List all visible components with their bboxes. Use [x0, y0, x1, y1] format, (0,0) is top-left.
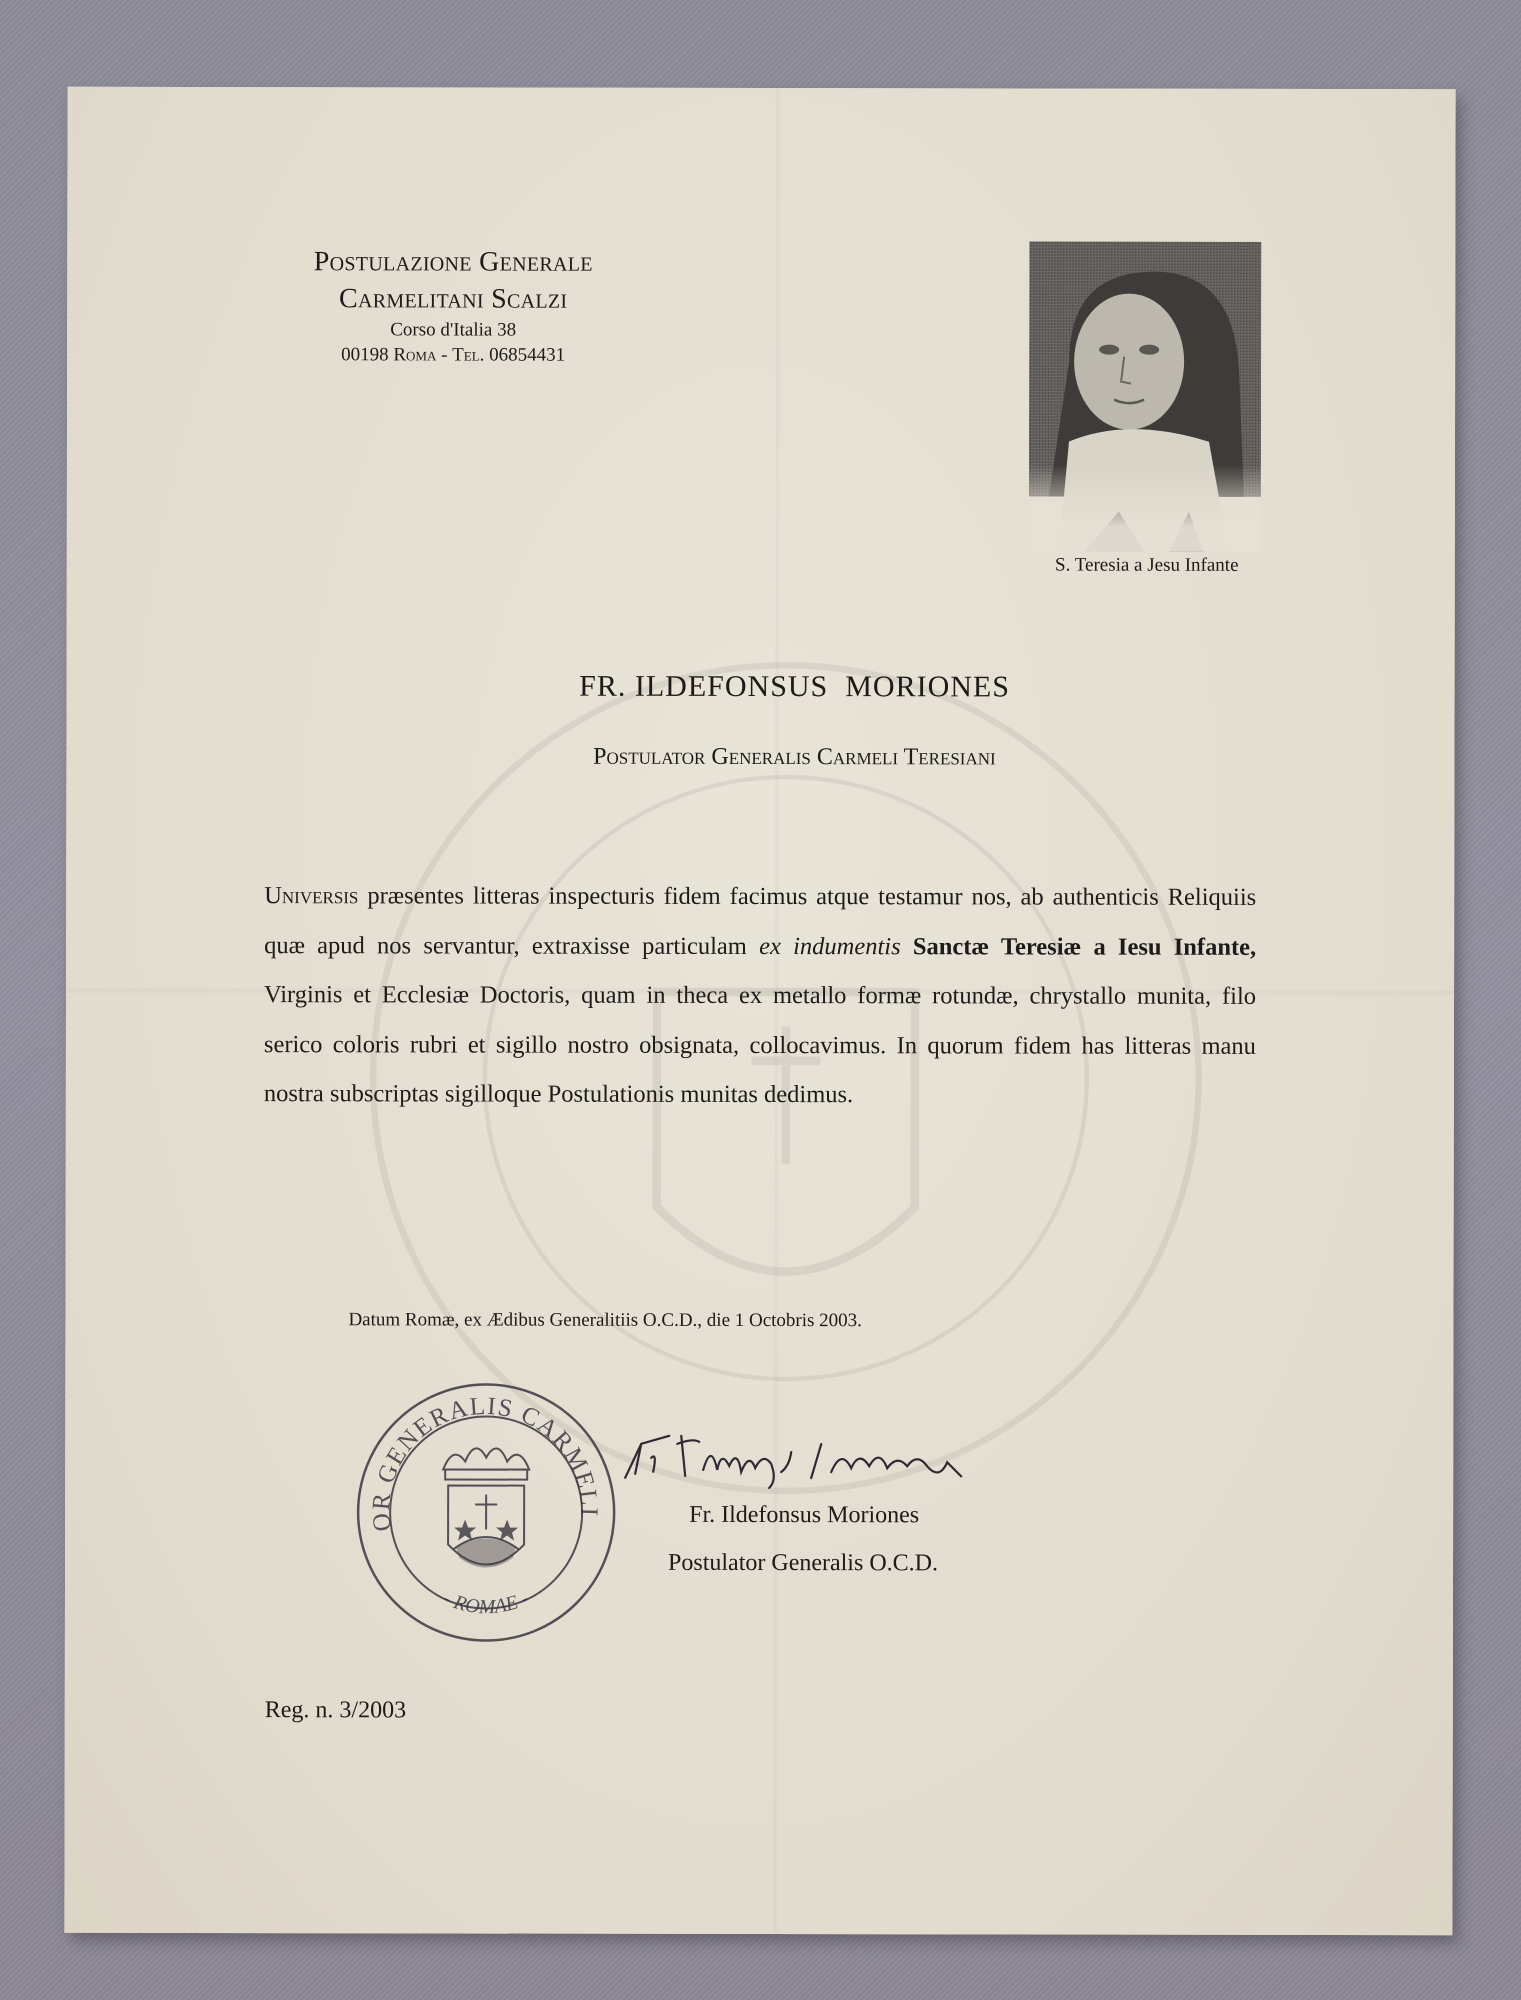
- address-postcode: 00198: [341, 344, 389, 365]
- postulator-name-heading: FR. ILDEFONSUS MORIONES: [101, 669, 1489, 705]
- opening-word: Universis: [264, 882, 358, 909]
- address-street: Corso d'Italia 38: [263, 317, 643, 343]
- org-name-line1: Postulazione Generale: [263, 243, 643, 281]
- body-segment-2: Virginis et Ecclesiæ Doctoris, quam in t…: [264, 981, 1256, 1108]
- portrait-caption: S. Teresia a Jesu Infante: [1002, 554, 1292, 577]
- svg-text:- ROMAE -: - ROMAE -: [440, 1587, 532, 1618]
- document-paper: Postulazione Generale Carmelitani Scalzi…: [64, 87, 1455, 1935]
- signatory-name: Fr. Ildefonsus Moriones: [689, 1502, 919, 1529]
- tel-number: 06854431: [489, 345, 565, 366]
- handwritten-signature-icon: [621, 1422, 973, 1493]
- svg-text:POSTULATOR GENERALIS CARMELI T: POSTULATOR GENERALIS CARMELI TERESIANI: [353, 1379, 603, 1533]
- address-city: Roma: [393, 344, 436, 365]
- body-italic-phrase: ex indumentis: [759, 932, 901, 959]
- portrait-photo-icon: [1029, 241, 1262, 551]
- official-seal-stamp-icon: POSTULATOR GENERALIS CARMELI TERESIANI -…: [353, 1379, 619, 1645]
- postulator-role-heading: Postulator Generalis Carmeli Teresiani: [100, 743, 1488, 772]
- letterhead: Postulazione Generale Carmelitani Scalzi…: [263, 243, 643, 368]
- seal-bottom-text: - ROMAE -: [440, 1587, 532, 1618]
- body-bold-saint-name: Sanctæ Teresiæ a Iesu Infante,: [913, 933, 1256, 961]
- date-line: Datum Romæ, ex Ædibus Generalitiis O.C.D…: [348, 1309, 862, 1332]
- body-space: [901, 933, 913, 960]
- tel-label: Tel.: [452, 344, 484, 365]
- org-name-line2: Carmelitani Scalzi: [263, 280, 643, 318]
- registration-number: Reg. n. 3/2003: [265, 1697, 406, 1724]
- signatory-role: Postulator Generalis O.C.D.: [668, 1550, 938, 1577]
- seal-outer-text: POSTULATOR GENERALIS CARMELI TERESIANI: [353, 1379, 603, 1533]
- certificate-body: Universis præsentes litteras inspecturis…: [264, 871, 1256, 1120]
- address-separator: -: [436, 344, 452, 365]
- address-city-tel: 00198 Roma - Tel. 06854431: [263, 342, 643, 368]
